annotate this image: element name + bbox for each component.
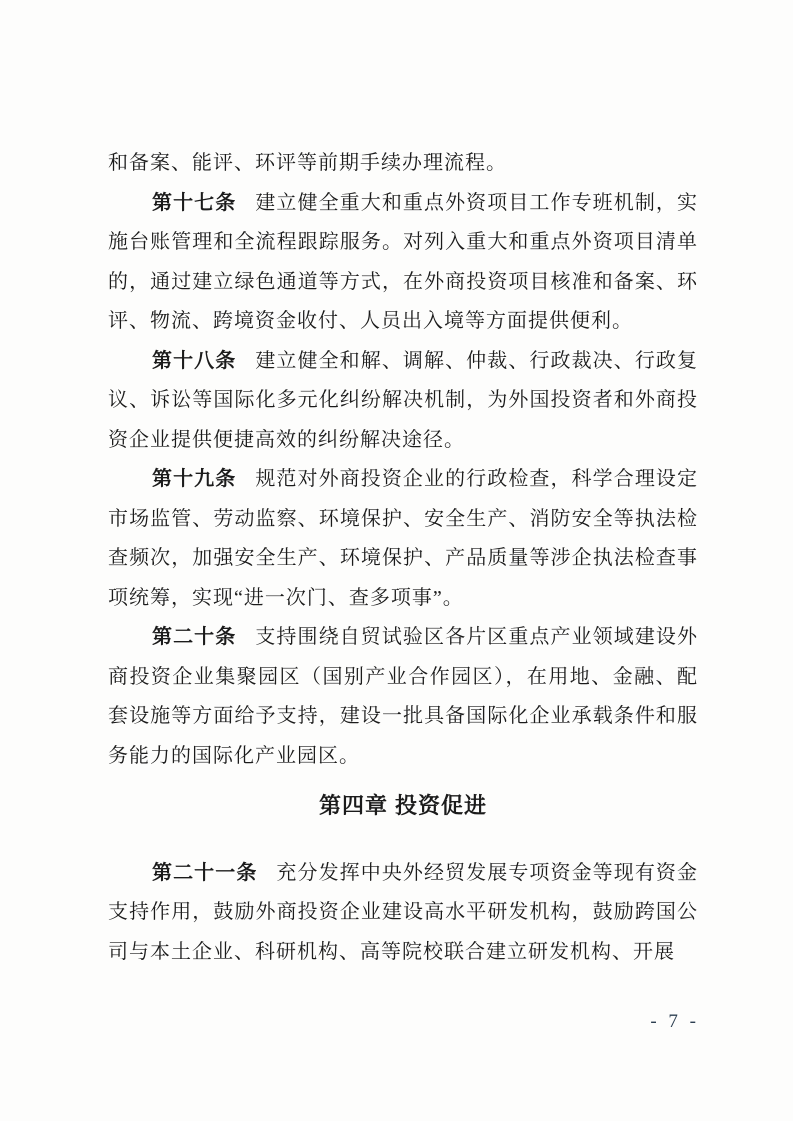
article-number-20: 第二十条 xyxy=(152,626,236,648)
paragraph-article-21: 第二十一条充分发挥中央外经贸发展专项资金等现有资金支持作用，鼓励外商投资企业建设… xyxy=(108,854,698,973)
page-number: - 7 - xyxy=(590,1011,698,1033)
document-body: 和备案、能评、环评等前期手续办理流程。 第十七条建立健全重大和重点外资项目工作专… xyxy=(108,144,698,972)
article-number-19: 第十九条 xyxy=(152,468,236,490)
article-number-18: 第十八条 xyxy=(152,350,236,372)
chapter-heading: 第四章 投资促进 xyxy=(108,786,698,826)
paragraph-article-20: 第二十条支持围绕自贸试验区各片区重点产业领域建设外商投资企业集聚园区（国别产业合… xyxy=(108,618,698,776)
paragraph-article-19: 第十九条规范对外商投资企业的行政检查，科学合理设定市场监管、劳动监察、环境保护、… xyxy=(108,460,698,618)
paragraph-article-18: 第十八条建立健全和解、调解、仲裁、行政裁决、行政复议、诉讼等国际化多元化纠纷解决… xyxy=(108,342,698,461)
article-number-17: 第十七条 xyxy=(152,192,236,214)
paragraph-article-17: 第十七条建立健全重大和重点外资项目工作专班机制，实施台账管理和全流程跟踪服务。对… xyxy=(108,184,698,342)
article-number-21: 第二十一条 xyxy=(152,862,257,884)
document-page: 和备案、能评、环评等前期手续办理流程。 第十七条建立健全重大和重点外资项目工作专… xyxy=(0,0,793,1121)
paragraph-continuation: 和备案、能评、环评等前期手续办理流程。 xyxy=(108,144,698,184)
